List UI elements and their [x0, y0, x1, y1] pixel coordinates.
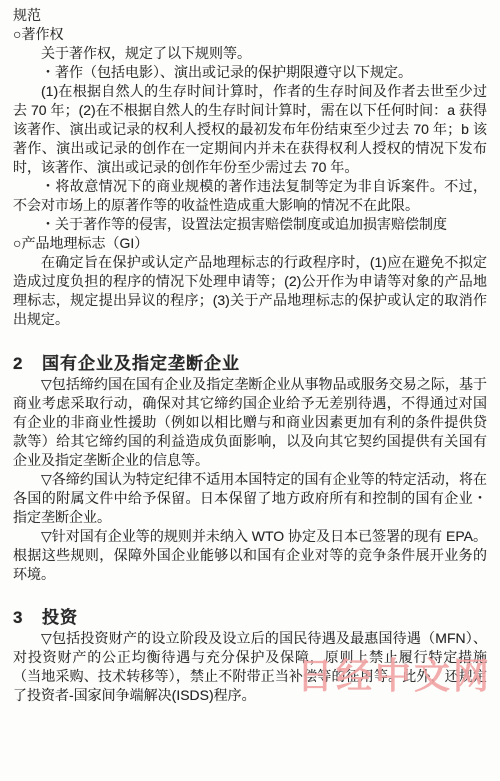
section-2-number: 2	[13, 353, 42, 375]
copyright-section: ○著作权 关于著作权，规定了以下规则等。 ・著作（包括电影）、演出或记录的保护期…	[13, 25, 487, 234]
soe-section: 2国有企业及指定垄断企业 ▽包括缔约国在国有企业及指定垄断企业从事物品或服务交易…	[13, 353, 487, 584]
section-3-heading: 3投资	[13, 607, 487, 629]
document-page: 规范 ○著作权 关于著作权，规定了以下规则等。 ・著作（包括电影）、演出或记录的…	[0, 0, 500, 781]
copyright-heading: ○著作权	[13, 25, 487, 44]
doc-top-label: 规范	[13, 6, 487, 25]
investment-section: 3投资 ▽包括投资财产的设立阶段及设立后的国民待遇及最惠国待遇（MFN）、对投资…	[13, 607, 487, 705]
copyright-term-bullet: ・著作（包括电影）、演出或记录的保护期限遵守以下规定。	[13, 63, 487, 82]
copyright-damages-line: ・关于著作等的侵害，设置法定损害赔偿制度或追加损害赔偿制度	[13, 215, 487, 234]
gi-heading: ○产品地理标志（GI）	[13, 234, 487, 253]
soe-paragraph-1: ▽包括缔约国在国有企业及指定垄断企业从事物品或服务交易之际，基于商业考虑采取行动…	[13, 375, 487, 470]
soe-paragraph-3: ▽针对国有企业等的规则并未纳入 WTO 协定及日本已签署的现有 EPA。根据这些…	[13, 527, 487, 584]
gi-paragraph: 在确定旨在保护或认定产品地理标志的行政程序时，(1)应在避免不拟定造成过度负担的…	[13, 253, 487, 329]
section-3-title: 投资	[42, 608, 78, 627]
copyright-intro: 关于著作权，规定了以下规则等。	[13, 44, 487, 63]
section-2-title: 国有企业及指定垄断企业	[42, 354, 240, 373]
soe-paragraph-2: ▽各缔约国认为特定纪律不适用本国特定的国有企业等的特定活动，将在各国的附属文件中…	[13, 470, 487, 527]
section-3-number: 3	[13, 607, 42, 629]
section-2-heading: 2国有企业及指定垄断企业	[13, 353, 487, 375]
copyright-term-details: (1)在根据自然人的生存时间计算时，作者的生存时间及作者去世至少过去 70 年；…	[13, 82, 487, 177]
copyright-piracy-paragraph: ・将故意情况下的商业规模的著作违法复制等定为非自诉案件。不过，不会对市场上的原著…	[13, 177, 487, 215]
gi-section: ○产品地理标志（GI） 在确定旨在保护或认定产品地理标志的行政程序时，(1)应在…	[13, 234, 487, 329]
investment-paragraph-1: ▽包括投资财产的设立阶段及设立后的国民待遇及最惠国待遇（MFN）、对投资财产的公…	[13, 629, 487, 705]
